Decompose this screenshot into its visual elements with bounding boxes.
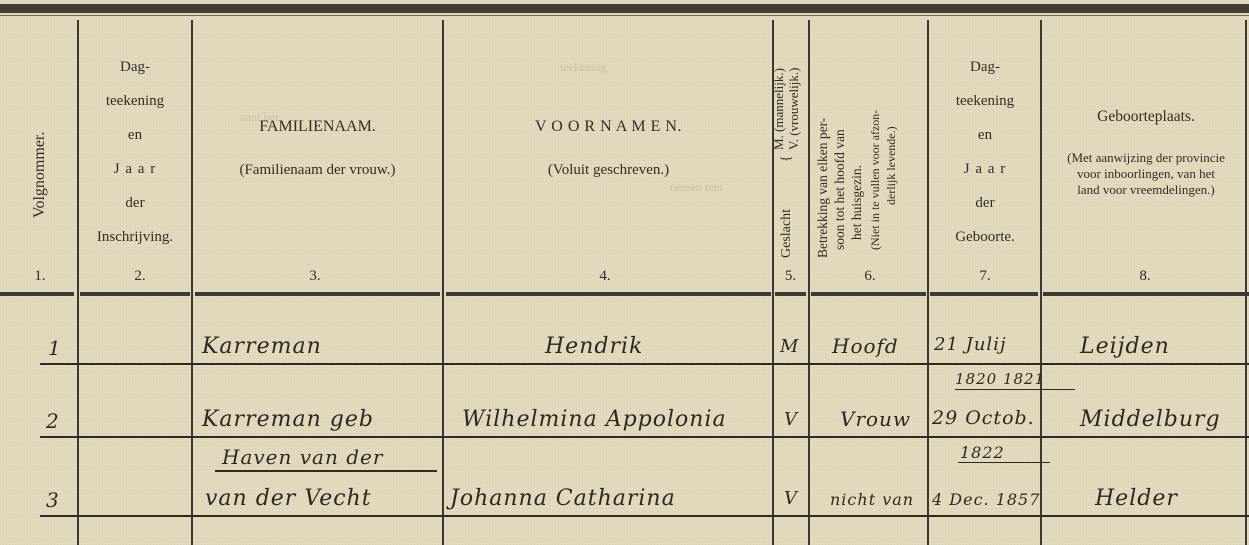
header-bottom-rule bbox=[775, 292, 806, 296]
column-divider bbox=[1245, 20, 1247, 545]
column-divider bbox=[77, 20, 79, 545]
column-number-7: 7. bbox=[965, 268, 1005, 285]
header-betrekking-2: soon tot het hoofd van bbox=[832, 129, 848, 250]
column-divider bbox=[1040, 20, 1042, 545]
column-number-8: 8. bbox=[1125, 268, 1165, 285]
column-divider bbox=[927, 20, 929, 545]
header-betrekking-1: Betrekking van elken per- bbox=[815, 118, 831, 258]
row-3-geboorte-dag: 4 Dec. 1857 bbox=[932, 490, 1040, 509]
bleed-through: teekening bbox=[560, 60, 607, 75]
row-2-volgnummer: 2 bbox=[46, 409, 60, 433]
row-1-geslacht: M bbox=[780, 336, 799, 357]
header-bottom-rule bbox=[930, 292, 1038, 296]
row-1-strikethrough bbox=[40, 363, 1249, 365]
row-1-geboorte-jaar: 1820 1821 bbox=[955, 370, 1045, 388]
row-2-geboorte-jaar: 1822 bbox=[960, 443, 1005, 462]
row-3-geslacht: V bbox=[784, 488, 798, 509]
row-1-geboorteplaats: Leijden bbox=[1080, 334, 1170, 359]
column-divider bbox=[808, 20, 810, 545]
header-betrekking-4: (Niet in te vullen voor afzon- bbox=[868, 110, 883, 250]
row-3-strikethrough bbox=[40, 515, 1249, 517]
row-3-betrekking: nicht van bbox=[830, 490, 914, 509]
row-3-volgnummer: 3 bbox=[46, 488, 60, 512]
row-3-familienaam: van der Vecht bbox=[205, 486, 372, 511]
header-geslacht-brace: { bbox=[779, 155, 795, 162]
header-bottom-rule bbox=[446, 292, 771, 296]
header-voornamen: V O O R N A M E N. bbox=[446, 118, 771, 136]
row-1-voornamen: Hendrik bbox=[545, 334, 643, 359]
header-geslacht-m: M. (mannelijk.) bbox=[771, 68, 787, 150]
column-number-6: 6. bbox=[852, 268, 888, 285]
top-double-rule bbox=[0, 4, 1249, 13]
header-familienaam: FAMILIENAAM. bbox=[195, 118, 440, 136]
column-number-1: 1. bbox=[22, 268, 58, 285]
header-geboorte: Dag- teekening en J a a r der Geboorte. bbox=[930, 50, 1040, 254]
row-2-familienaam: Karreman geb bbox=[202, 407, 374, 432]
column-number-3: 3. bbox=[295, 268, 335, 285]
column-number-5: 5. bbox=[775, 268, 806, 285]
row-2-familienaam-2: Haven van der bbox=[222, 445, 383, 469]
header-bottom-rule bbox=[80, 292, 190, 296]
header-volgnommer: Volgnommer. bbox=[31, 132, 49, 218]
row-2-strikethrough bbox=[40, 436, 1249, 438]
row-2-familienaam-2-strikethrough bbox=[215, 470, 437, 472]
header-geboorteplaats-sub: (Met aanwijzing der provincie voor inboo… bbox=[1043, 150, 1249, 198]
row-1-volgnummer: 1 bbox=[48, 336, 62, 360]
header-geslacht-v: V. (vrouwelijk.) bbox=[786, 68, 802, 150]
row-2-betrekking: Vrouw bbox=[840, 407, 911, 431]
header-bottom-rule bbox=[811, 292, 926, 296]
header-bottom-rule bbox=[195, 292, 440, 296]
header-voornamen-sub: (Voluit geschreven.) bbox=[446, 162, 771, 179]
column-divider bbox=[442, 20, 444, 545]
header-betrekking-5: derlijk levende.) bbox=[884, 126, 899, 205]
bleed-through: nemen met bbox=[670, 180, 723, 195]
row-3-voornamen: Johanna Catharina bbox=[450, 486, 676, 511]
header-geslacht: Geslacht bbox=[779, 209, 795, 258]
row-2-year-strikethrough bbox=[958, 462, 1050, 463]
header-bottom-rule bbox=[1043, 292, 1249, 296]
top-thin-rule bbox=[0, 15, 1249, 16]
row-2-voornamen: Wilhelmina Appolonia bbox=[462, 407, 727, 432]
column-number-4: 4. bbox=[585, 268, 625, 285]
row-2-geboorte-dag: 29 Octob. bbox=[932, 407, 1035, 429]
header-geboorteplaats: Geboorteplaats. bbox=[1043, 108, 1249, 126]
header-betrekking-3: het huisgezin. bbox=[849, 165, 865, 240]
row-1-geboorte-dag: 21 Julij bbox=[934, 334, 1007, 355]
column-divider bbox=[191, 20, 193, 545]
row-1-year-strikethrough bbox=[955, 389, 1075, 390]
column-number-2: 2. bbox=[120, 268, 160, 285]
row-1-betrekking: Hoofd bbox=[832, 334, 899, 358]
row-2-geslacht: V bbox=[784, 409, 798, 430]
header-familienaam-sub: (Familienaam der vrouw.) bbox=[195, 162, 440, 179]
header-inschrijving: Dag- teekening en J a a r der Inschrijvi… bbox=[80, 50, 190, 254]
row-3-geboorteplaats: Helder bbox=[1095, 486, 1178, 511]
header-bottom-rule bbox=[0, 292, 74, 296]
row-1-familienaam: Karreman bbox=[202, 334, 322, 359]
row-2-geboorteplaats: Middelburg bbox=[1080, 407, 1221, 432]
